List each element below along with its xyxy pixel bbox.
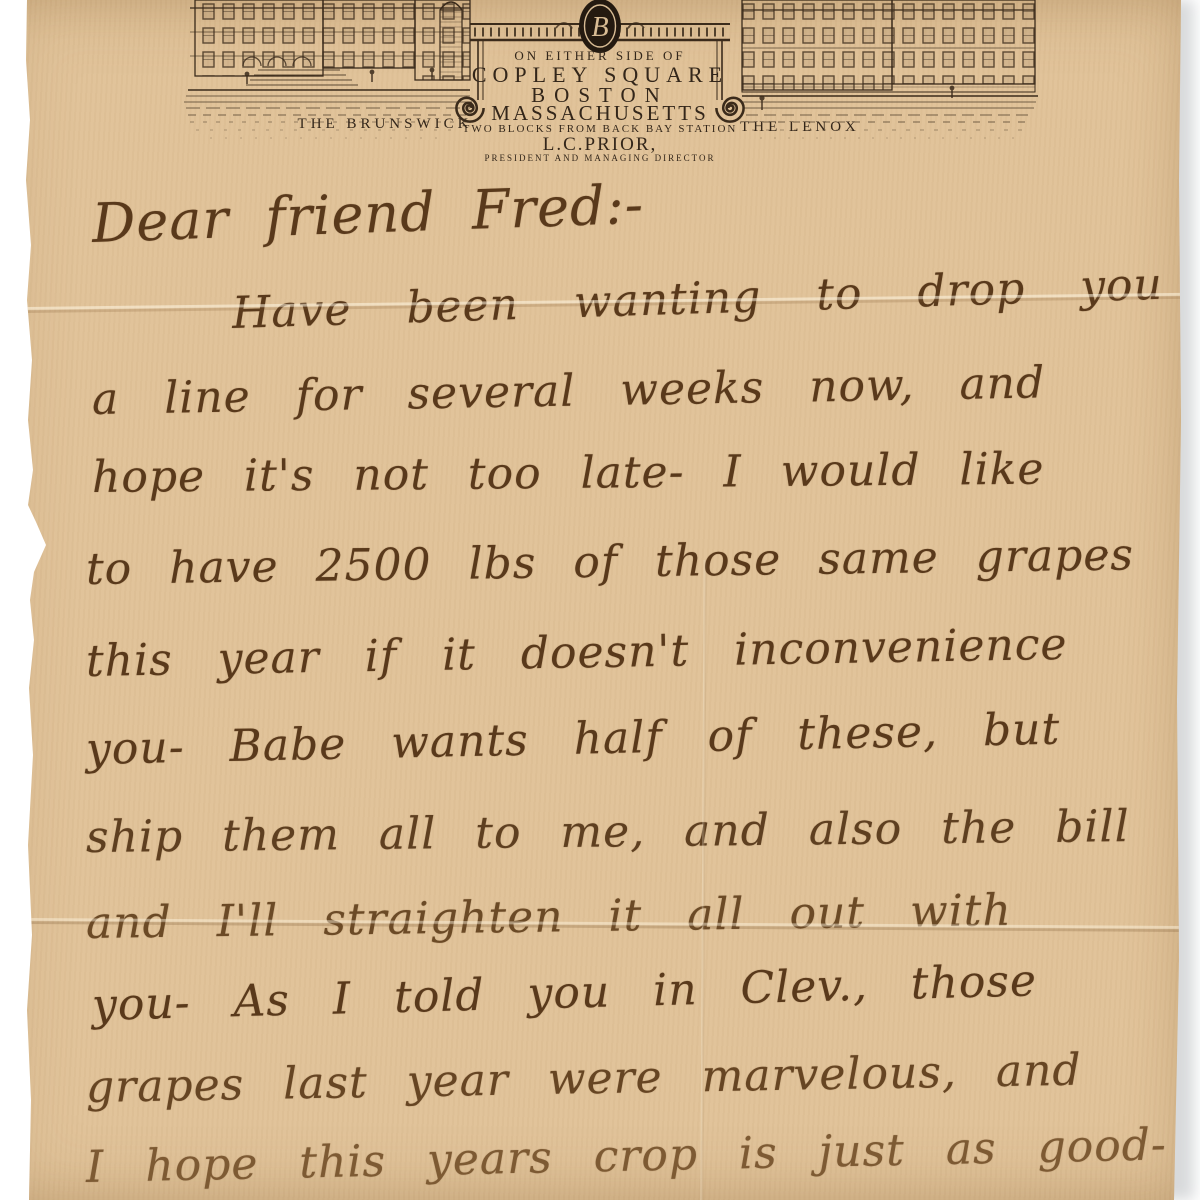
handwritten-line: you- Babe wants half of these, but [85,704,1060,775]
handwritten-line: you- As I told you in Clev., those [91,955,1037,1031]
handwritten-line: this year if it doesn't inconvenience [86,619,1068,687]
handwritten-salutation: Dear friend Fred:- [91,173,645,255]
hotel-label-lenox: THE LENOX [702,119,898,136]
handwritten-line: and I'll straighten it all out with [86,885,1012,949]
brunswick-building-illustration [188,0,470,90]
panel-line-director: PRESIDENT AND MANAGING DIRECTOR [440,153,760,163]
letter-paper: B ON EITHER SIDE OF COPLEY SQUARE BOSTON… [0,0,1200,1200]
handwritten-line: grapes last year were marvelous, and [86,1045,1082,1113]
handwritten-line: I hope this years crop is just as good- [85,1119,1167,1193]
hotel-monogram-medallion: B [579,0,621,53]
hotel-label-brunswick: THE BRUNSWICK [258,116,512,133]
handwritten-line: a line for several weeks now, and [92,357,1046,425]
handwritten-line: ship them all to me, and also the bill [86,801,1130,863]
monogram-letter: B [591,12,608,43]
lenox-building-illustration [742,0,1038,96]
handwritten-line: to have 2500 lbs of those same grapes [86,529,1135,595]
handwritten-line: hope it's not too late- I would like [92,444,1045,503]
